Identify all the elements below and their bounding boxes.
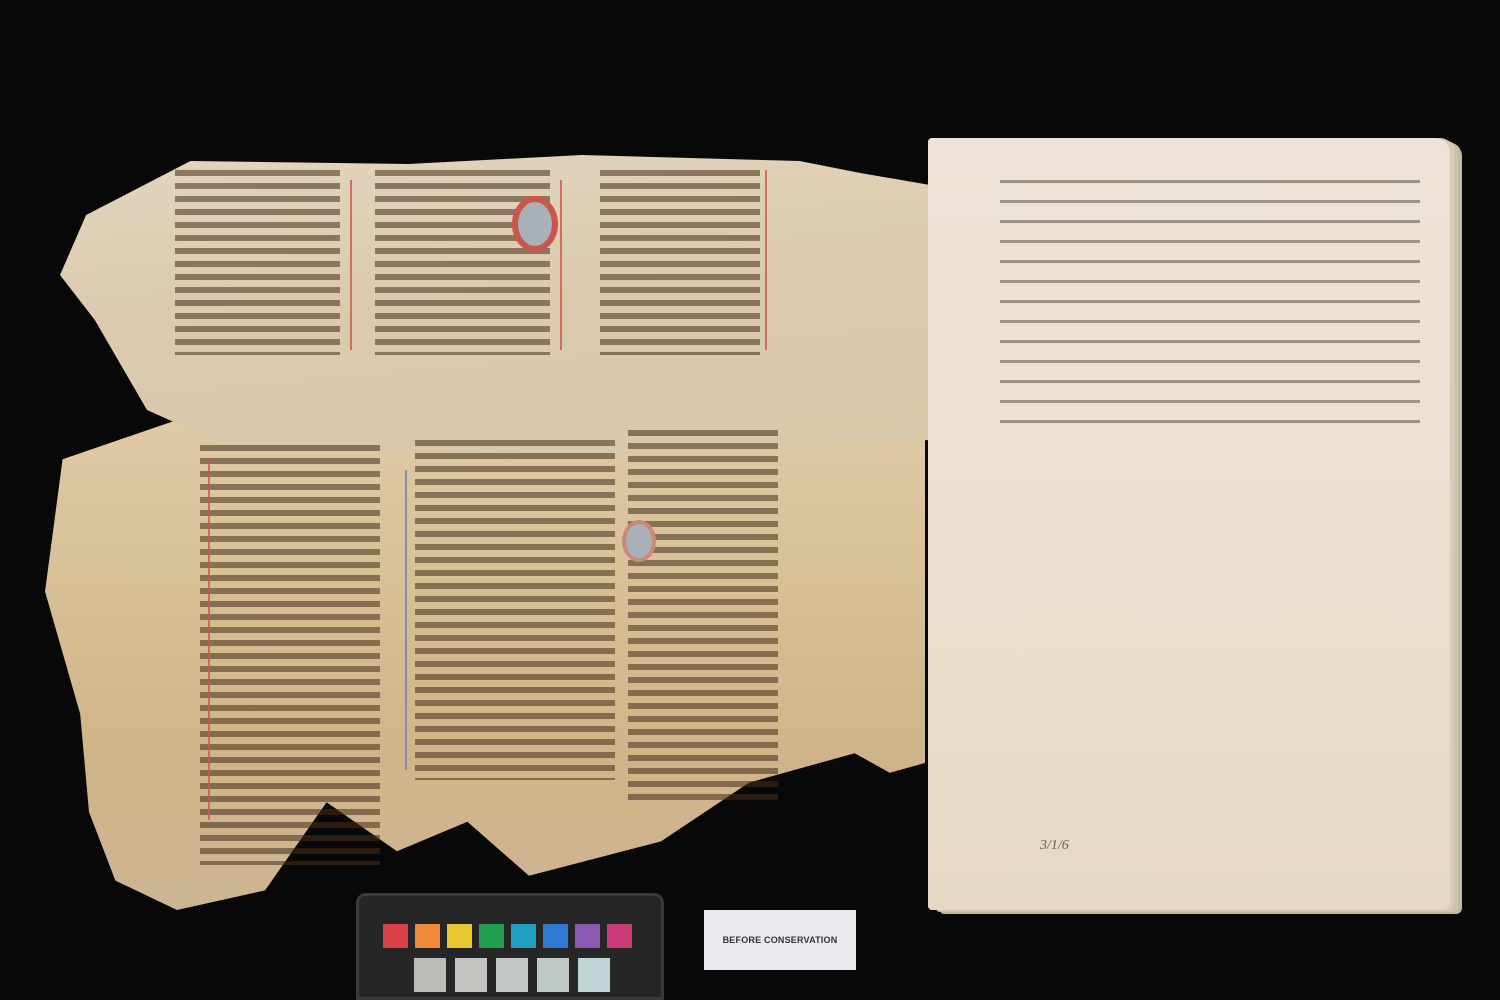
color-swatch: [575, 924, 600, 948]
decorated-initial: [622, 520, 656, 562]
rubric-line: [350, 180, 352, 350]
decorated-initial: [512, 196, 558, 252]
color-swatch: [383, 924, 408, 948]
gray-swatch: [414, 958, 446, 992]
rubric-line: [208, 460, 210, 820]
color-swatch: [511, 924, 536, 948]
label-text: BEFORE CONSERVATION: [723, 935, 838, 945]
color-swatch: [415, 924, 440, 948]
gray-swatch: [537, 958, 569, 992]
color-swatch-row: [383, 924, 632, 948]
gray-swatch: [455, 958, 487, 992]
gray-swatch: [496, 958, 528, 992]
text-column: [175, 170, 340, 355]
rubric-line: [405, 470, 407, 770]
photograph: 3/1/6 BEFORE CONSERVATION: [0, 0, 1500, 1000]
color-swatch: [607, 924, 632, 948]
text-column: [200, 445, 380, 865]
text-column: [375, 170, 550, 355]
color-swatch: [479, 924, 504, 948]
shelfmark: 3/1/6: [1040, 838, 1069, 854]
rubric-line: [560, 180, 562, 350]
text-column: [600, 170, 760, 355]
rubric-line: [765, 170, 767, 350]
label-card: BEFORE CONSERVATION: [704, 910, 856, 970]
color-calibration-target: [356, 893, 664, 1000]
gray-swatch-row: [414, 958, 610, 992]
handwritten-notes: [1000, 180, 1420, 430]
color-swatch: [543, 924, 568, 948]
text-column: [628, 430, 778, 800]
color-swatch: [447, 924, 472, 948]
gray-swatch: [578, 958, 610, 992]
text-column: [415, 440, 615, 780]
